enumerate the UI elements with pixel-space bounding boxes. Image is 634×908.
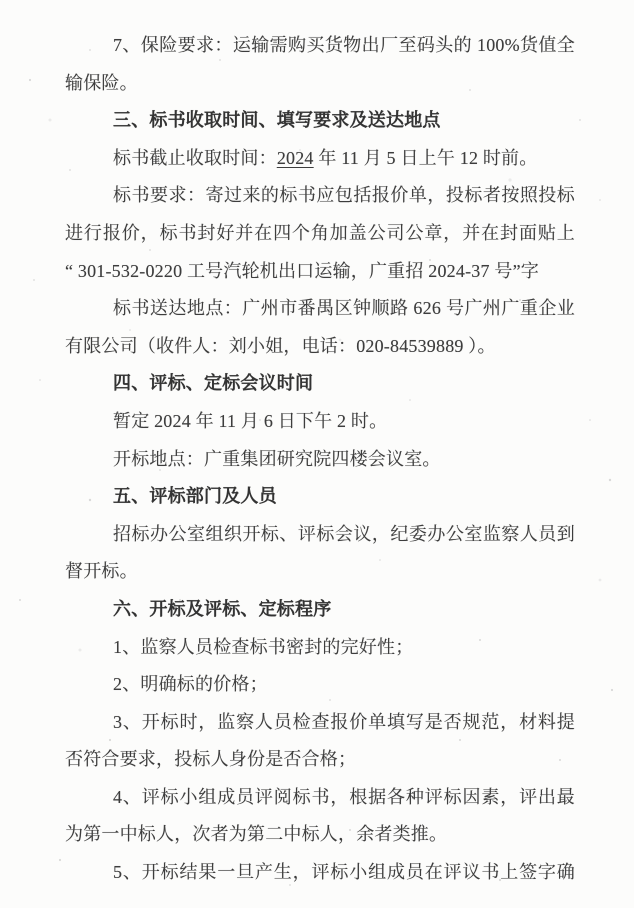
document-page: 7、保险要求：运输需购买货物出厂至码头的 100%货值全程运 输保险。 三、标书… bbox=[0, 0, 634, 908]
doc-line: 暂定 2024 年 11 月 6 日下午 2 时。 bbox=[65, 403, 575, 441]
heading-section-six: 六、开标及评标、定标程序 bbox=[65, 591, 575, 629]
doc-line: 招标办公室组织开标、评标会议，纪委办公室监察人员到场监 bbox=[65, 516, 575, 554]
doc-line: 否符合要求，投标人身份是否合格； bbox=[65, 741, 575, 779]
doc-line: 3、开标时，监察人员检查报价单填写是否规范，材料提供是 bbox=[65, 704, 575, 742]
deadline-line: 标书截止收取时间：2024 年 11 月 5 日上午 12 时前。 bbox=[65, 140, 575, 178]
doc-line: 为第一中标人，次者为第二中标人，余者类推。 bbox=[65, 816, 575, 854]
deadline-prefix: 标书截止收取时间： bbox=[113, 148, 277, 168]
doc-line: 督开标。 bbox=[65, 553, 575, 591]
deadline-year-underlined: 2024 bbox=[277, 148, 314, 168]
doc-line: 1、监察人员检查标书密封的完好性； bbox=[65, 629, 575, 667]
doc-line: 输保险。 bbox=[65, 65, 575, 103]
deadline-suffix: 年 11 月 5 日上午 12 时前。 bbox=[314, 148, 538, 168]
doc-line: 有限公司（收件人：刘小姐，电话：020-84539889 ）。 bbox=[65, 328, 575, 366]
doc-line: 标书要求：寄过来的标书应包括报价单，投标者按照投标规定 bbox=[65, 177, 575, 215]
doc-line: “ 301-532-0220 工号汽轮机出口运输，广重招 2024-37 号”字… bbox=[65, 253, 575, 291]
heading-section-five: 五、评标部门及人员 bbox=[65, 478, 575, 516]
doc-line: 标书送达地点：广州市番禺区钟顺路 626 号广州广重企业集团 bbox=[65, 290, 575, 328]
document-body: 7、保险要求：运输需购买货物出厂至码头的 100%货值全程运 输保险。 三、标书… bbox=[65, 27, 575, 892]
heading-section-three: 三、标书收取时间、填写要求及送达地点 bbox=[65, 102, 575, 140]
doc-line: 4、评标小组成员评阅标书，根据各种评标因素，评出最合适 bbox=[65, 779, 575, 817]
doc-line: 开标地点：广重集团研究院四楼会议室。 bbox=[65, 441, 575, 479]
doc-line: 7、保险要求：运输需购买货物出厂至码头的 100%货值全程运 bbox=[65, 27, 575, 65]
doc-line: 2、明确标的价格； bbox=[65, 666, 575, 704]
doc-line: 5、开标结果一旦产生，评标小组成员在评议书上签字确认后， bbox=[65, 854, 575, 892]
heading-section-four: 四、评标、定标会议时间 bbox=[65, 365, 575, 403]
doc-line: 进行报价，标书封好并在四个角加盖公司公章，并在封面贴上 bbox=[65, 215, 575, 253]
